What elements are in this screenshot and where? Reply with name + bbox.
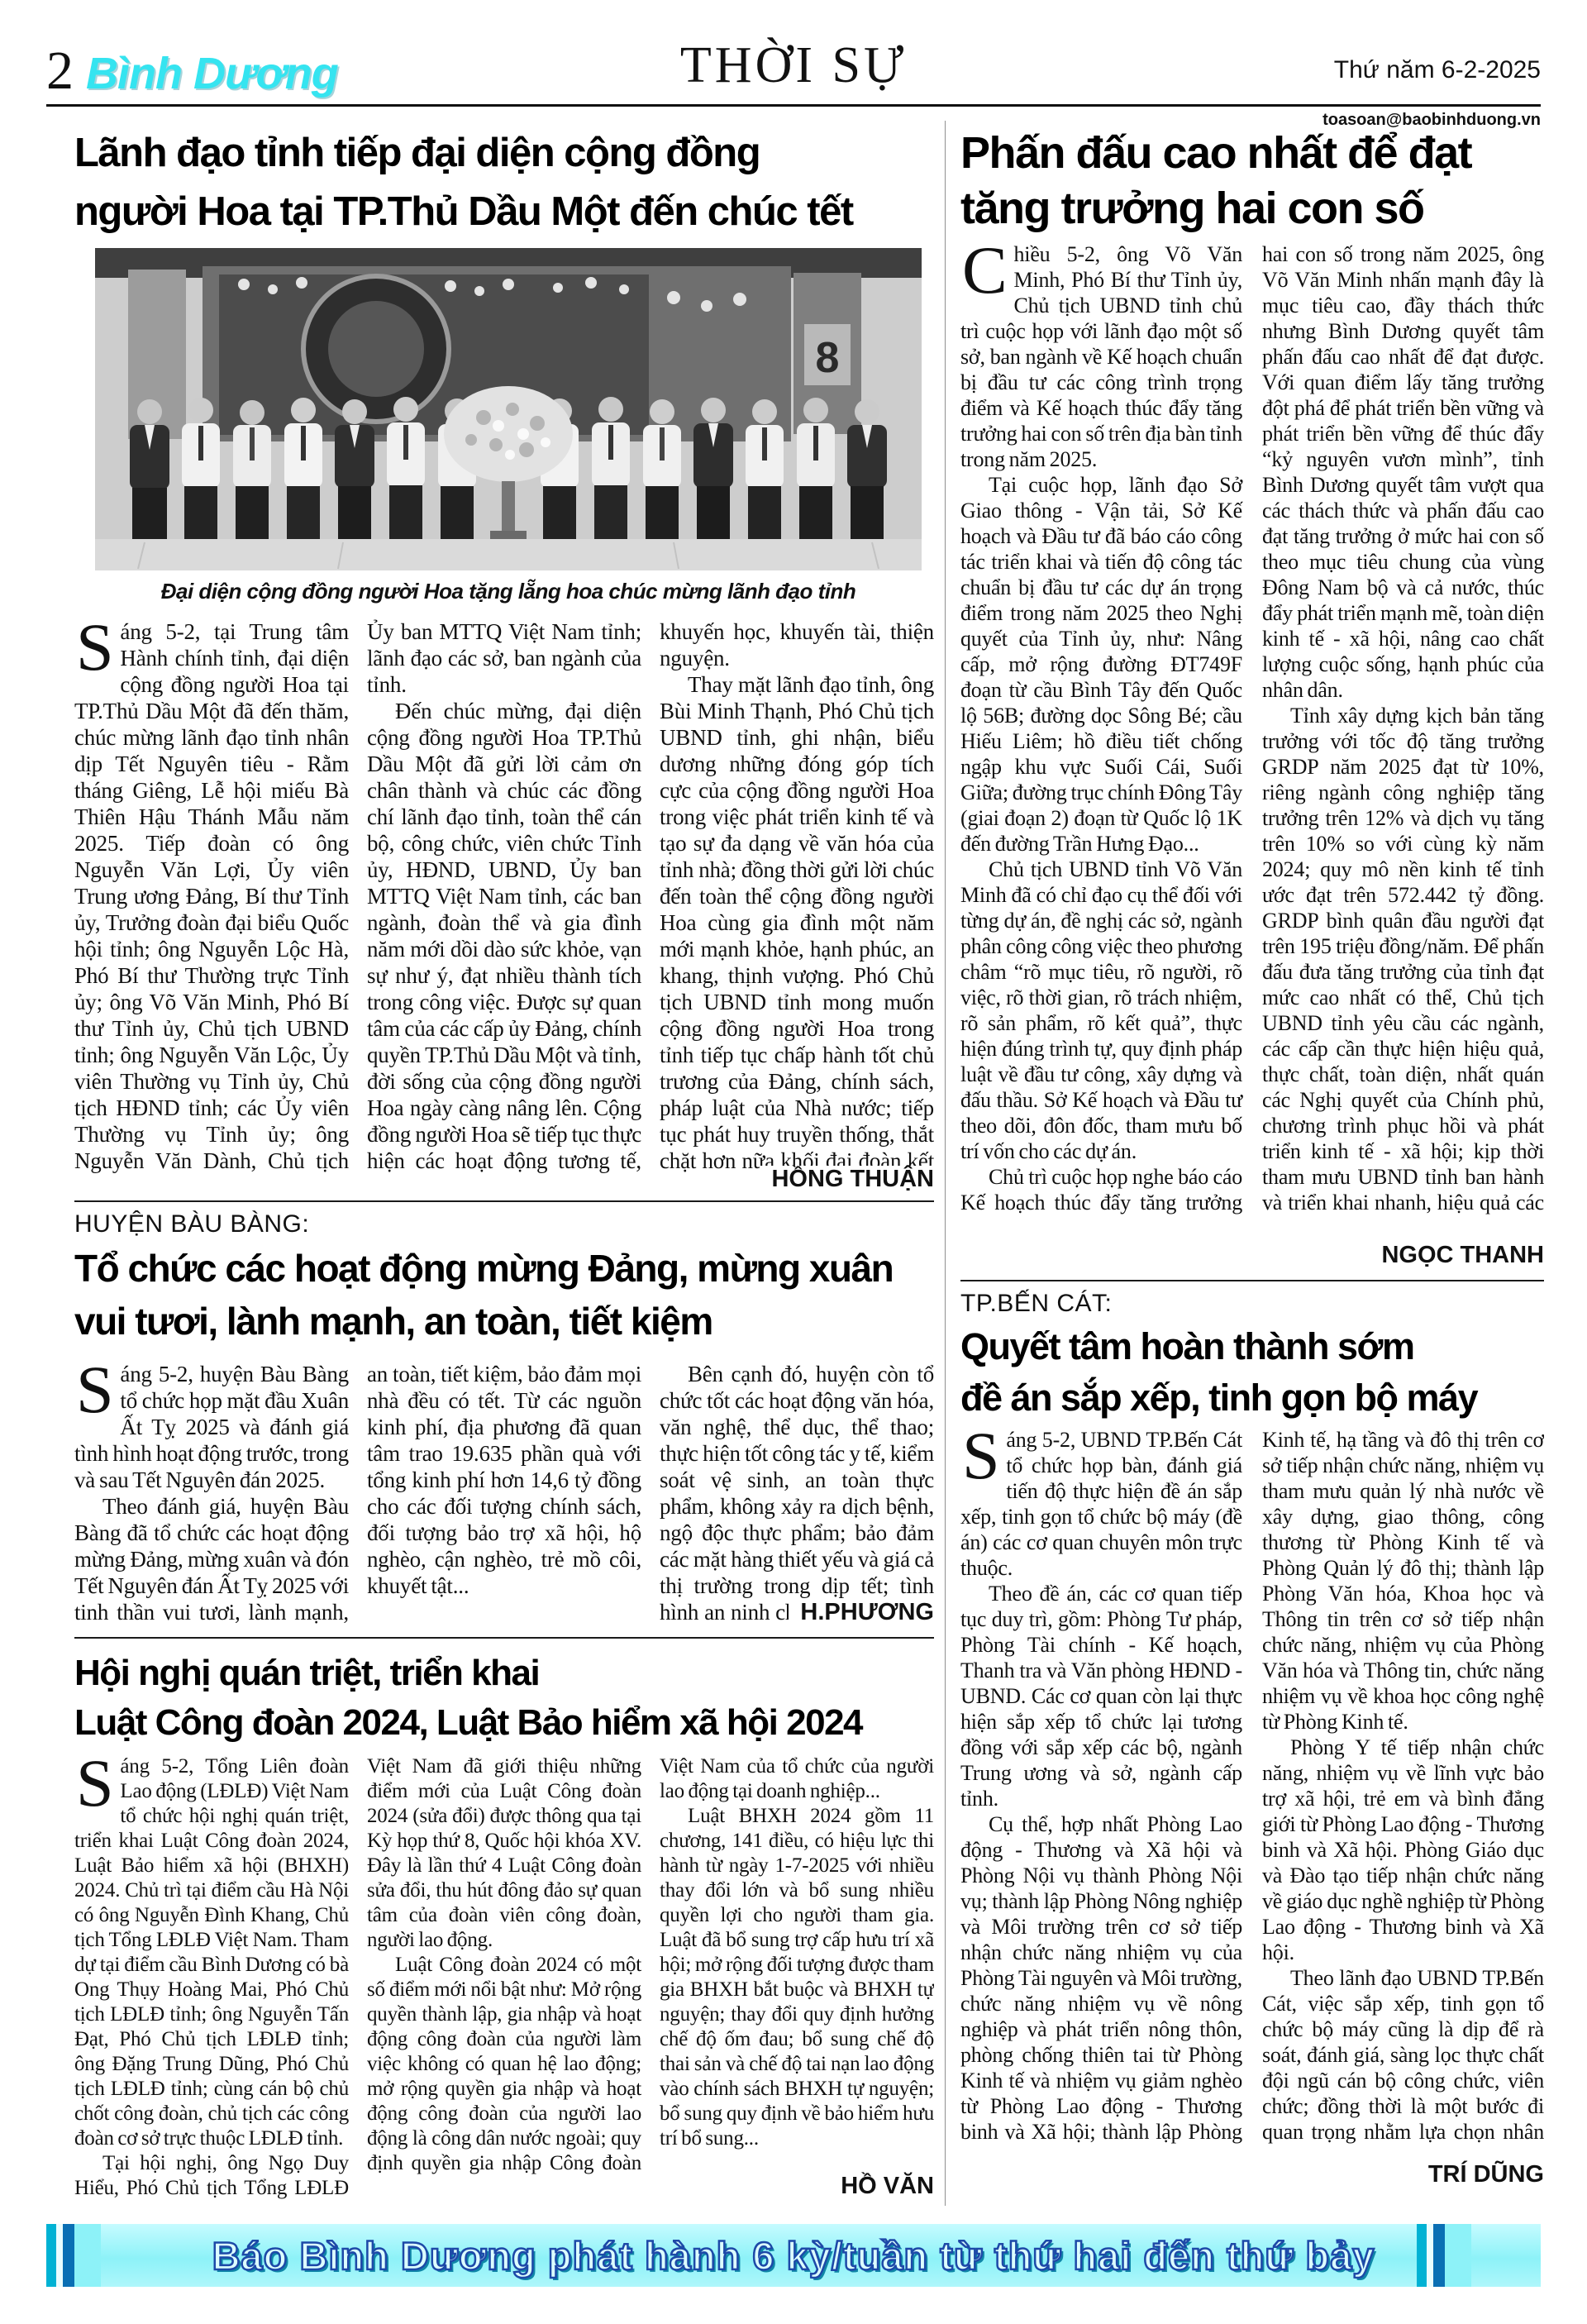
newspaper-page: 2 Bình Dương THỜI SỰ Thứ năm 6-2-2025 to… [0,0,1587,2324]
photo-caption: Đại diện cộng đồng người Hoa tặng lẵng h… [95,579,922,604]
article-paragraph: Luật BHXH 2024 gồm 11 chương, 141 điều, … [660,1804,934,2151]
article-growth-headline: Phấn đấu cao nhất để đạt tăng trưởng hai… [960,126,1547,236]
article-hoa-headline: Lãnh đạo tỉnh tiếp đại diện cộng đồng ng… [74,124,938,241]
article-paragraph: Chủ tịch UBND tỉnh Võ Văn Minh đã có chỉ… [960,857,1242,1164]
article-paragraph: Sáng 5-2, UBND TP.Bến Cát tổ chức họp bà… [960,1427,1242,1581]
article-paragraph: Tại cuộc họp, lãnh đạo Sở Giao thông - V… [960,472,1242,857]
footer-stripes-left [46,2224,101,2287]
article-photo: 8 [95,248,922,570]
article-unionlaw-body: Sáng 5-2, Tổng Liên đoàn Lao động (LĐLĐ)… [74,1754,934,2202]
article-paragraph: Chiều 5-2, ông Võ Văn Minh, Phó Bí thư T… [960,241,1242,472]
article-hoa-byline: HỒNG THUẬN [74,1166,934,1193]
article-paragraph: Bên cạnh đó, huyện còn tổ chức tốt các h… [660,1361,934,1627]
footer-stripes-right [1417,2224,1471,2287]
column-divider [945,121,946,2206]
article-paragraph: Sáng 5-2, Tổng Liên đoàn Lao động (LĐLĐ)… [74,1754,349,2151]
article-unionlaw-headline: Hội nghị quán triệt, triển khai Luật Côn… [74,1649,938,1748]
section-rule [960,1280,1544,1281]
article-bencat-headline: Quyết tâm hoàn thành sớm đề án sắp xếp, … [960,1321,1547,1424]
article-paragraph: Phòng Y tế tiếp nhận chức năng, nhiệm vụ… [1262,1735,1544,1965]
footer-slogan: Báo Bình Dương phát hành 6 kỳ/tuần từ th… [212,2233,1375,2279]
header-rule [46,104,1541,107]
article-unionlaw-byline: HỒ VĂN [74,2173,934,2200]
photo-sign-number: 8 [816,334,840,382]
article-baubang-body: Sáng 5-2, huyện Bàu Bàng tổ chức họp mặt… [74,1361,934,1627]
article-paragraph: Thay mặt lãnh đạo tỉnh, ông Bùi Minh Thạ… [660,618,934,1195]
article-paragraph: Theo đề án, các cơ quan tiếp tục duy trì… [960,1581,1242,1811]
section-rule [74,1637,934,1639]
article-growth-byline: NGỌC THANH [960,1242,1544,1269]
article-baubang-kicker: HUYỆN BÀU BÀNG: [74,1210,309,1238]
article-bencat-body: Sáng 5-2, UBND TP.Bến Cát tổ chức họp bà… [960,1427,1544,2156]
article-hoa-body: Sáng 5-2, tại Trung tâm Hành chính tỉnh,… [74,618,934,1195]
article-photo-graphic: 8 [95,248,922,570]
article-baubang-headline: Tổ chức các hoạt động mừng Đảng, mừng xu… [74,1242,938,1348]
article-bencat-byline: TRÍ DŨNG [960,2161,1544,2188]
article-paragraph: Sáng 5-2, huyện Bàu Bàng tổ chức họp mặt… [74,1361,349,1493]
issue-date: Thứ năm 6-2-2025 [1334,56,1541,84]
article-growth-body: Chiều 5-2, ông Võ Văn Minh, Phó Bí thư T… [960,241,1544,1238]
article-baubang-byline: H.PHƯƠNG [74,1599,934,1626]
footer-banner: Báo Bình Dương phát hành 6 kỳ/tuần từ th… [46,2224,1541,2287]
section-rule [74,1200,934,1202]
article-bencat-kicker: TP.BẾN CÁT: [960,1290,1112,1318]
